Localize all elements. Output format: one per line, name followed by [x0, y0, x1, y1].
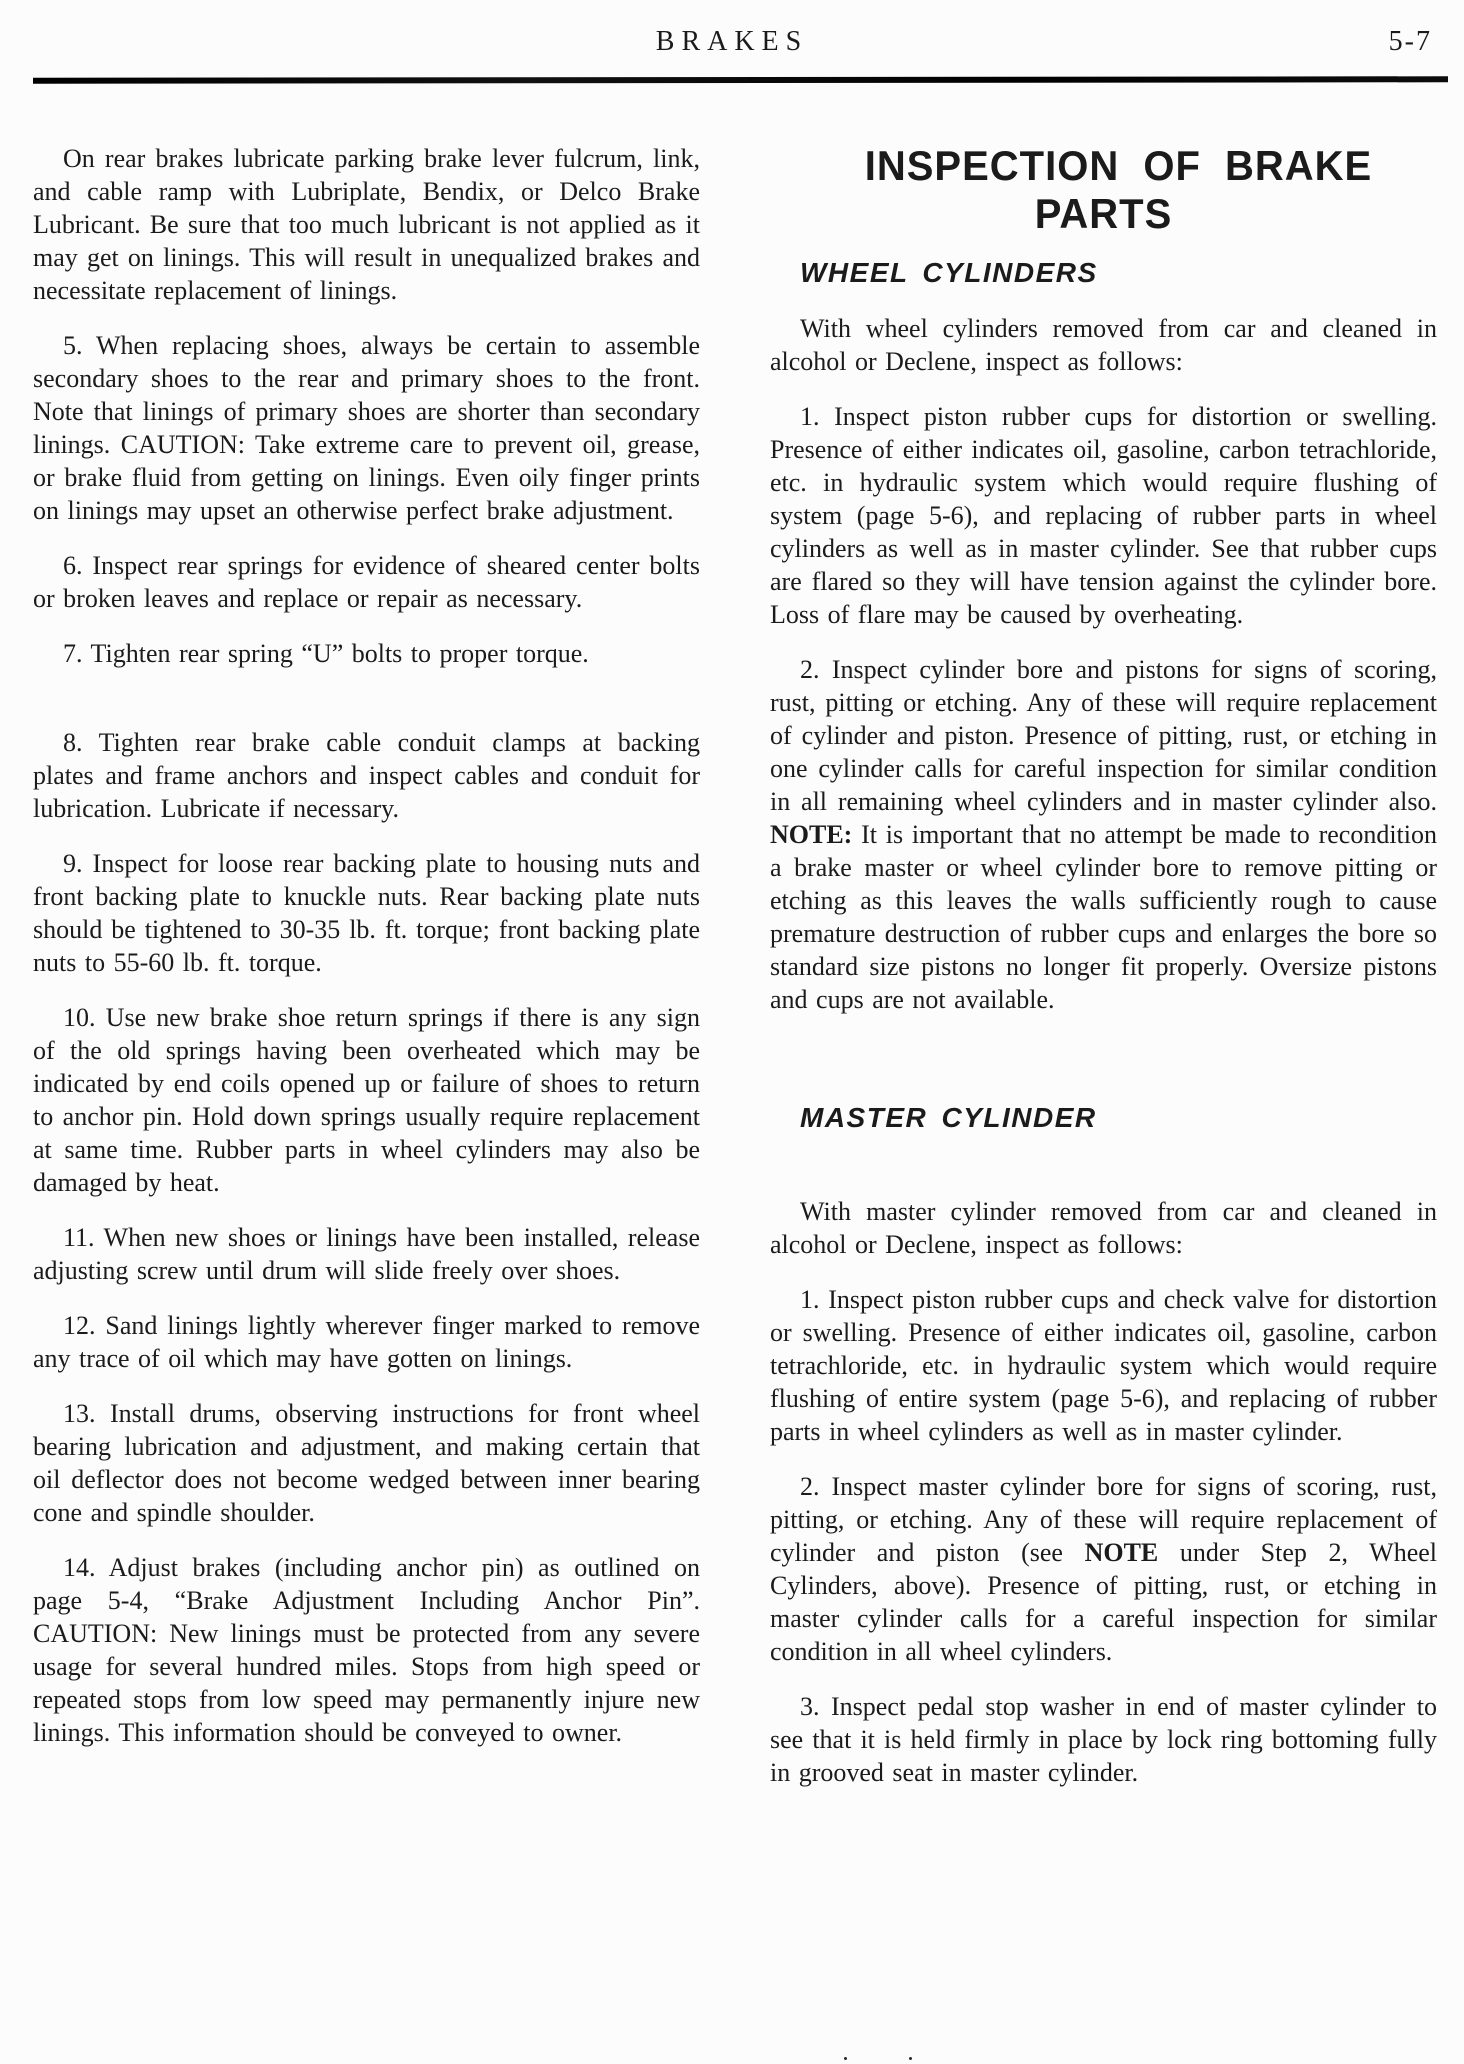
scan-speck [909, 2057, 912, 2060]
right-column: INSPECTION OF BRAKE PARTS WHEEL CYLINDER… [770, 142, 1437, 1811]
page-number: 5-7 [1389, 26, 1432, 58]
paragraph: With wheel cylinders removed from car an… [770, 312, 1437, 378]
section-heading-wheel-cylinders: WHEEL CYLINDERS [770, 256, 1437, 290]
two-column-body: On rear brakes lubricate parking brake l… [33, 142, 1438, 1811]
paragraph: 10. Use new brake shoe return springs if… [33, 1001, 700, 1199]
paragraph: 14. Adjust brakes (including anchor pin)… [33, 1551, 700, 1749]
paragraph: 13. Install drums, observing instruction… [33, 1397, 700, 1529]
paragraph: 2. Inspect cylinder bore and pistons for… [770, 653, 1437, 1016]
paragraph: 1. Inspect piston rubber cups and check … [770, 1283, 1437, 1448]
paragraph: On rear brakes lubricate parking brake l… [33, 142, 700, 307]
paragraph: 3. Inspect pedal stop washer in end of m… [770, 1690, 1437, 1789]
paragraph: With master cylinder removed from car an… [770, 1195, 1437, 1261]
paragraph: 2. Inspect master cylinder bore for sign… [770, 1470, 1437, 1668]
manual-page: BRAKES 5-7 On rear brakes lubricate park… [0, 0, 1464, 2064]
page-title: BRAKES [0, 26, 1464, 58]
paragraph: 8. Tighten rear brake cable conduit clam… [33, 726, 700, 825]
section-heading-master-cylinder: MASTER CYLINDER [770, 1101, 1437, 1135]
paragraph: 12. Sand linings lightly wherever finger… [33, 1309, 700, 1375]
paragraph: 7. Tighten rear spring “U” bolts to prop… [33, 637, 700, 670]
paragraph: 6. Inspect rear springs for evidence of … [33, 549, 700, 615]
left-column: On rear brakes lubricate parking brake l… [33, 142, 700, 1771]
section-title: INSPECTION OF BRAKE PARTS [770, 142, 1437, 239]
paragraph: 11. When new shoes or linings have been … [33, 1221, 700, 1287]
paragraph: 5. When replacing shoes, always be certa… [33, 329, 700, 527]
paragraph: 9. Inspect for loose rear backing plate … [33, 847, 700, 979]
paragraph: 1. Inspect piston rubber cups for distor… [770, 400, 1437, 631]
header-rule [33, 76, 1448, 83]
scan-speck [844, 2057, 847, 2060]
